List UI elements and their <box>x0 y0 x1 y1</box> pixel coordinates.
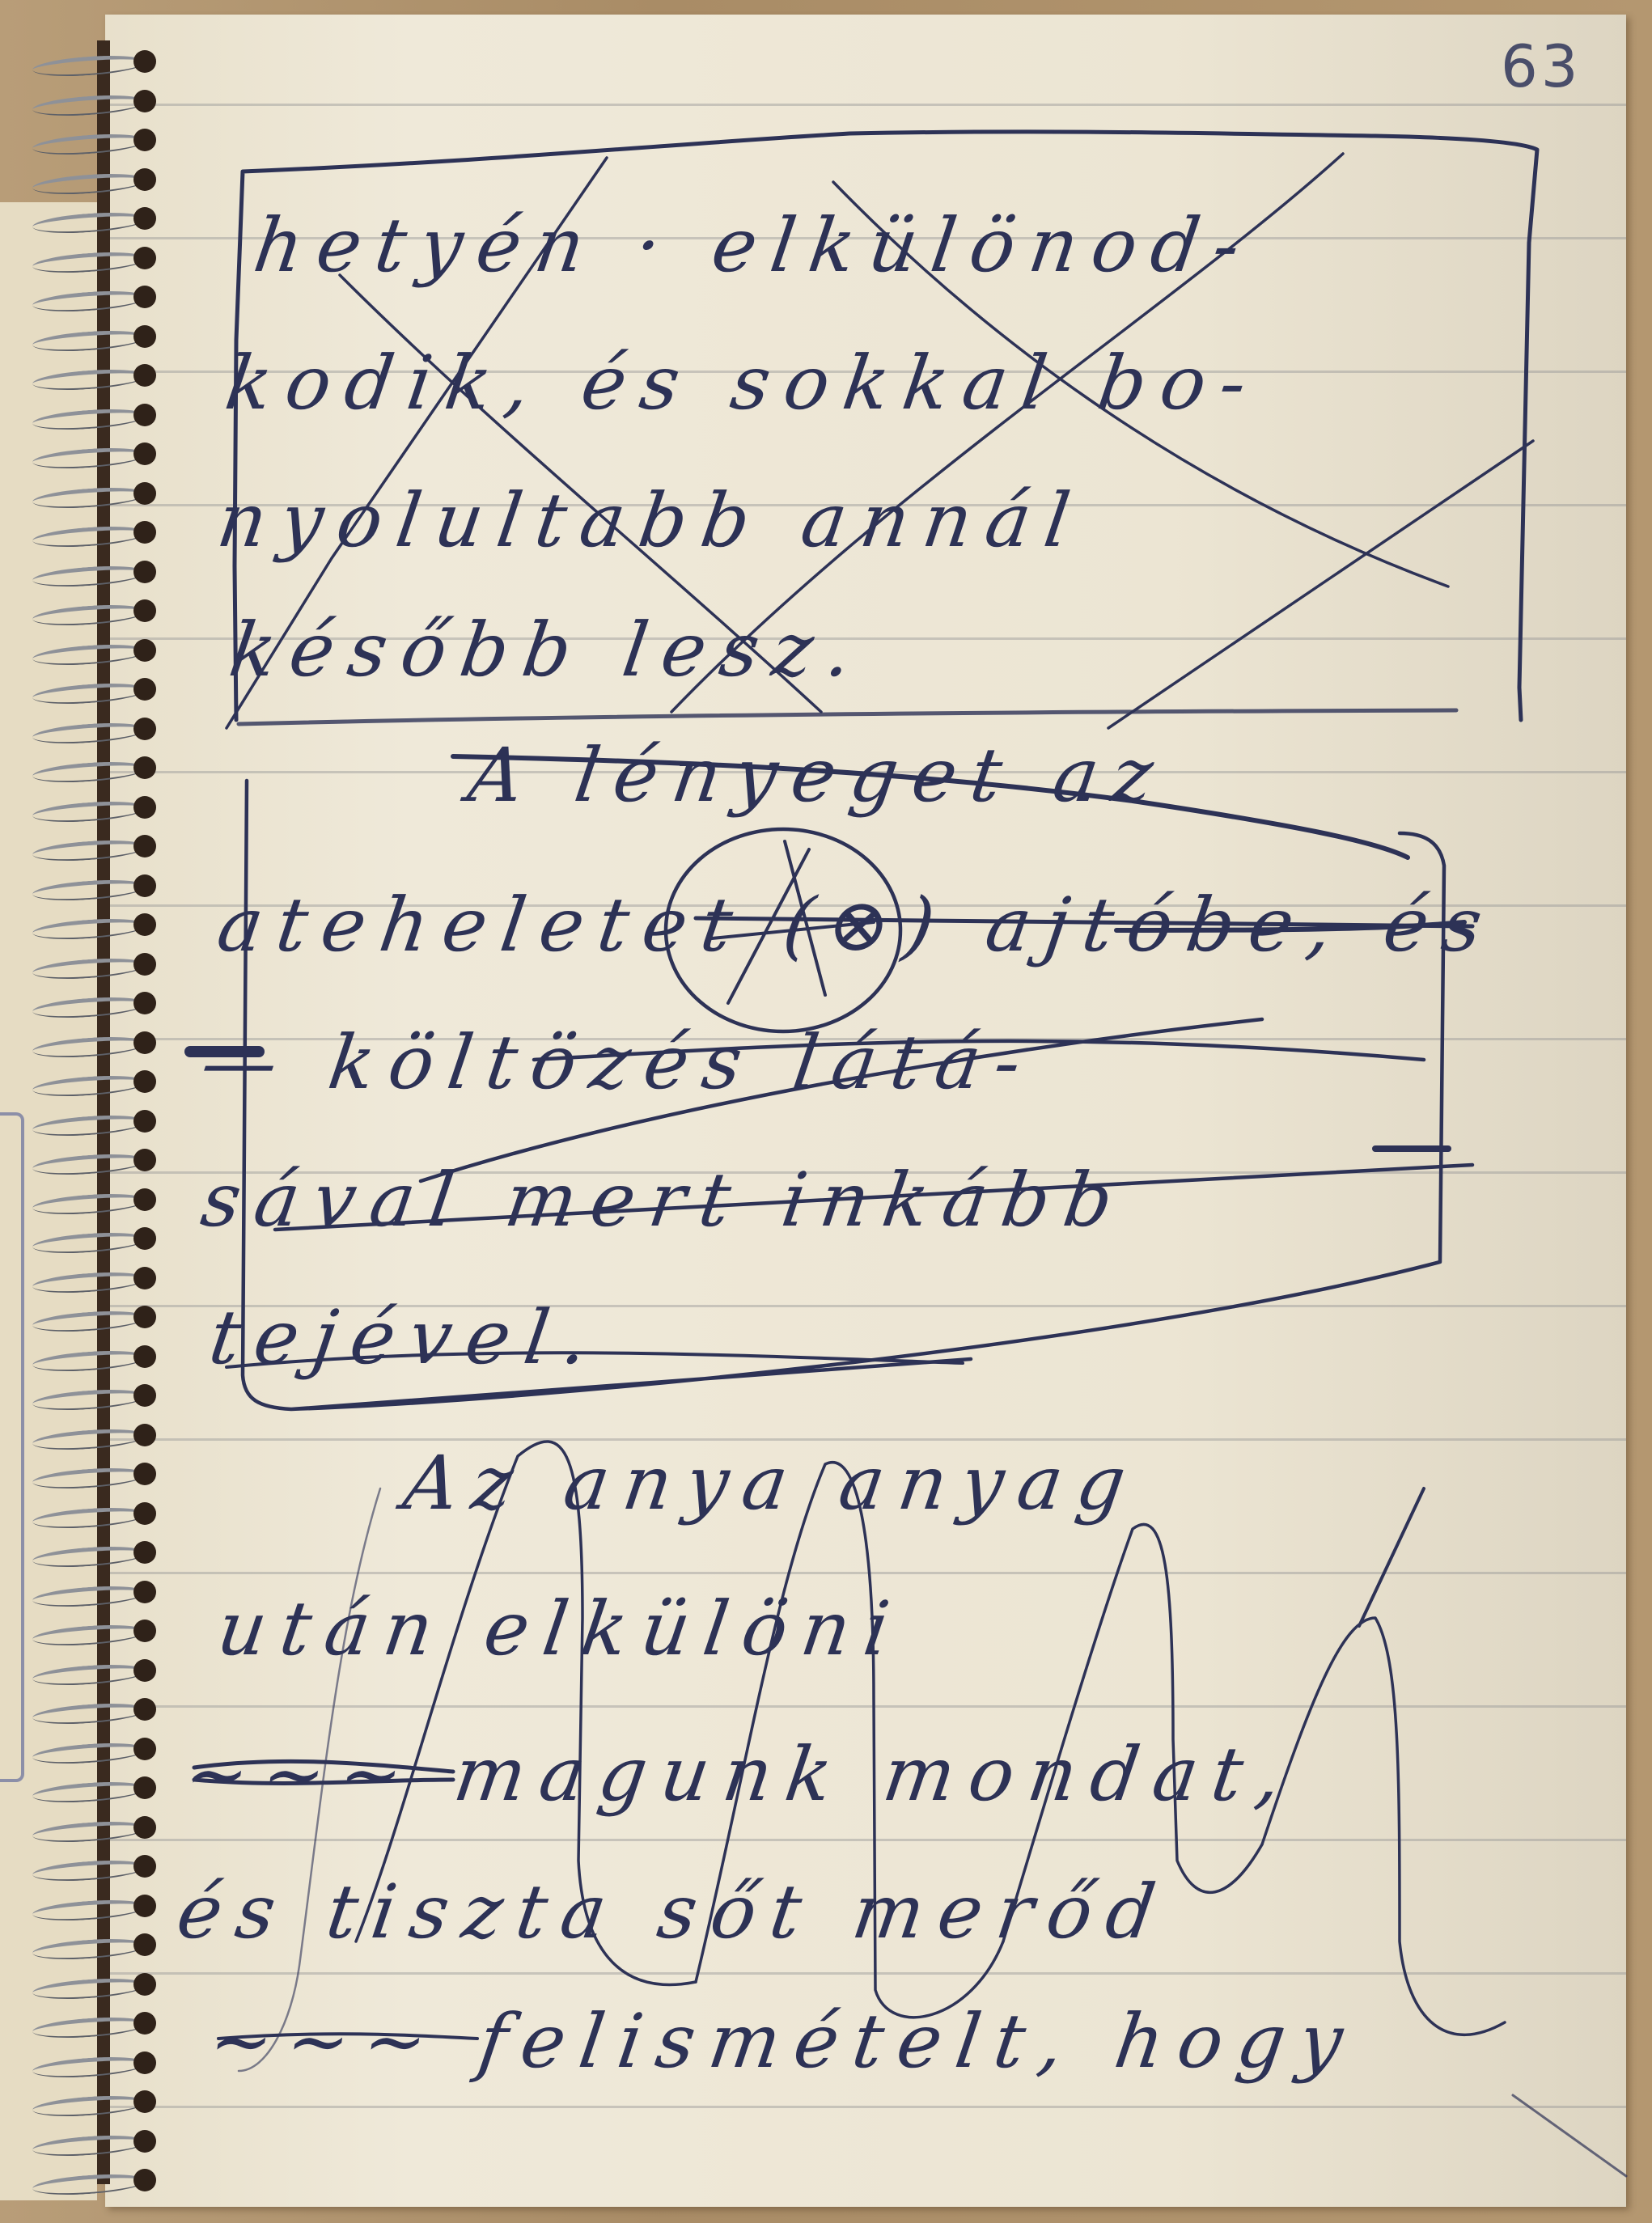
wavy-cross-out <box>696 1463 1003 2018</box>
cross-stroke <box>1108 441 1533 728</box>
strike-line <box>696 918 1472 926</box>
circled-x-mark <box>712 841 874 1003</box>
strike-line <box>453 756 1408 857</box>
strike-line <box>275 1165 1472 1230</box>
cross-stroke <box>829 182 1448 582</box>
cross-stroke <box>833 182 1448 586</box>
wavy-cross-out <box>1262 1618 1505 2035</box>
cross-stroke <box>671 154 1343 712</box>
block-2-box <box>243 781 1444 1409</box>
cross-stroke <box>1513 2095 1626 2176</box>
strike-line <box>194 1761 453 1772</box>
strike-line <box>218 2034 477 2039</box>
cross-stroke <box>340 275 821 712</box>
wavy-cross-out <box>239 1488 380 2071</box>
wavy-cross-out <box>356 1442 696 1984</box>
wavy-cross-out <box>1359 1488 1424 1626</box>
strike-line <box>227 1353 963 1367</box>
wavy-cross-out <box>1003 1524 1262 1941</box>
block-1-box <box>235 132 1537 720</box>
ink-strokes <box>0 0 1652 2223</box>
cross-stroke <box>227 158 607 728</box>
block-1-bottom-rule <box>239 710 1456 724</box>
